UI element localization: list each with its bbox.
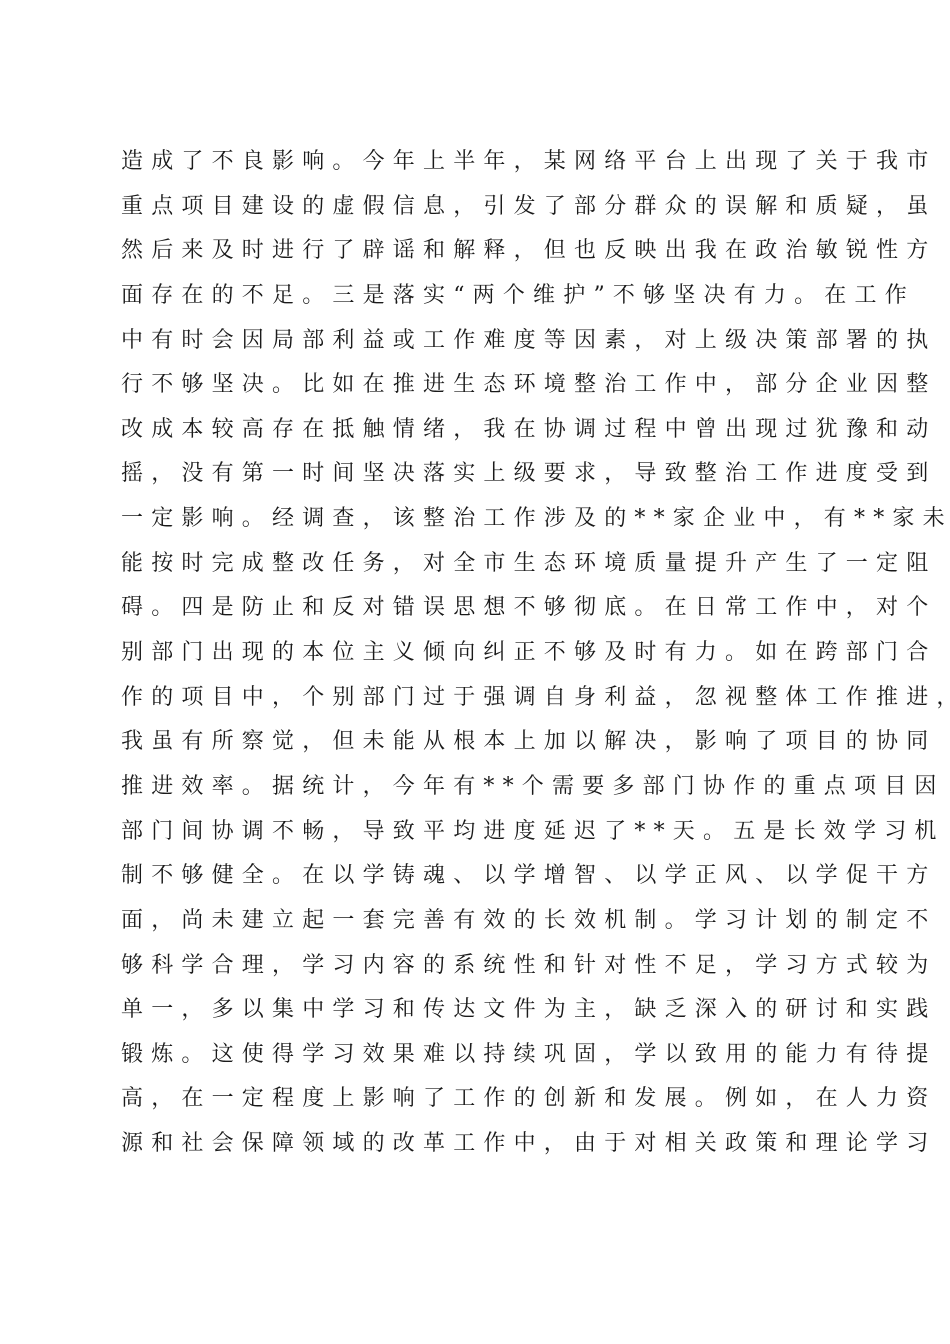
text-line: 别部门出现的本位主义倾向纠正不够及时有力。如在跨部门合 [121, 631, 881, 676]
text-line: 推进效率。据统计，今年有**个需要多部门协作的重点项目因 [121, 765, 881, 810]
text-line: 高，在一定程度上影响了工作的创新和发展。例如，在人力资 [121, 1077, 881, 1122]
text-line: 我虽有所察觉，但未能从根本上加以解决，影响了项目的协同 [121, 720, 881, 765]
text-line: 重点项目建设的虚假信息，引发了部分群众的误解和质疑，虽 [121, 185, 881, 230]
text-line: 够科学合理，学习内容的系统性和针对性不足，学习方式较为 [121, 944, 881, 989]
text-line: 造成了不良影响。今年上半年，某网络平台上出现了关于我市 [121, 140, 881, 185]
text-line: 能按时完成整改任务，对全市生态环境质量提升产生了一定阻 [121, 542, 881, 587]
text-line: 面，尚未建立起一套完善有效的长效机制。学习计划的制定不 [121, 899, 881, 944]
text-line: 然后来及时进行了辟谣和解释，但也反映出我在政治敏锐性方 [121, 229, 881, 274]
text-line: 碍。四是防止和反对错误思想不够彻底。在日常工作中，对个 [121, 586, 881, 631]
text-line: 锻炼。这使得学习效果难以持续巩固，学以致用的能力有待提 [121, 1033, 881, 1078]
text-line: 源和社会保障领域的改革工作中，由于对相关政策和理论学习 [121, 1122, 881, 1167]
text-line: 摇，没有第一时间坚决落实上级要求，导致整治工作进度受到 [121, 452, 881, 497]
text-line: 制不够健全。在以学铸魂、以学增智、以学正风、以学促干方 [121, 854, 881, 899]
text-line: 改成本较高存在抵触情绪，我在协调过程中曾出现过犹豫和动 [121, 408, 881, 453]
text-line: 部门间协调不畅，导致平均进度延迟了**天。五是长效学习机 [121, 810, 881, 855]
text-line: 一定影响。经调查，该整治工作涉及的**家企业中，有**家未 [121, 497, 881, 542]
body-paragraph: 造成了不良影响。今年上半年，某网络平台上出现了关于我市 重点项目建设的虚假信息，… [121, 140, 881, 1167]
document-page: 造成了不良影响。今年上半年，某网络平台上出现了关于我市 重点项目建设的虚假信息，… [0, 0, 950, 1344]
text-line: 行不够坚决。比如在推进生态环境整治工作中，部分企业因整 [121, 363, 881, 408]
text-line: 面存在的不足。三是落实“两个维护”不够坚决有力。在工作 [121, 274, 881, 319]
text-line: 单一，多以集中学习和传达文件为主，缺乏深入的研讨和实践 [121, 988, 881, 1033]
text-line: 中有时会因局部利益或工作难度等因素，对上级决策部署的执 [121, 319, 881, 364]
text-line: 作的项目中，个别部门过于强调自身利益，忽视整体工作推进， [121, 676, 881, 721]
